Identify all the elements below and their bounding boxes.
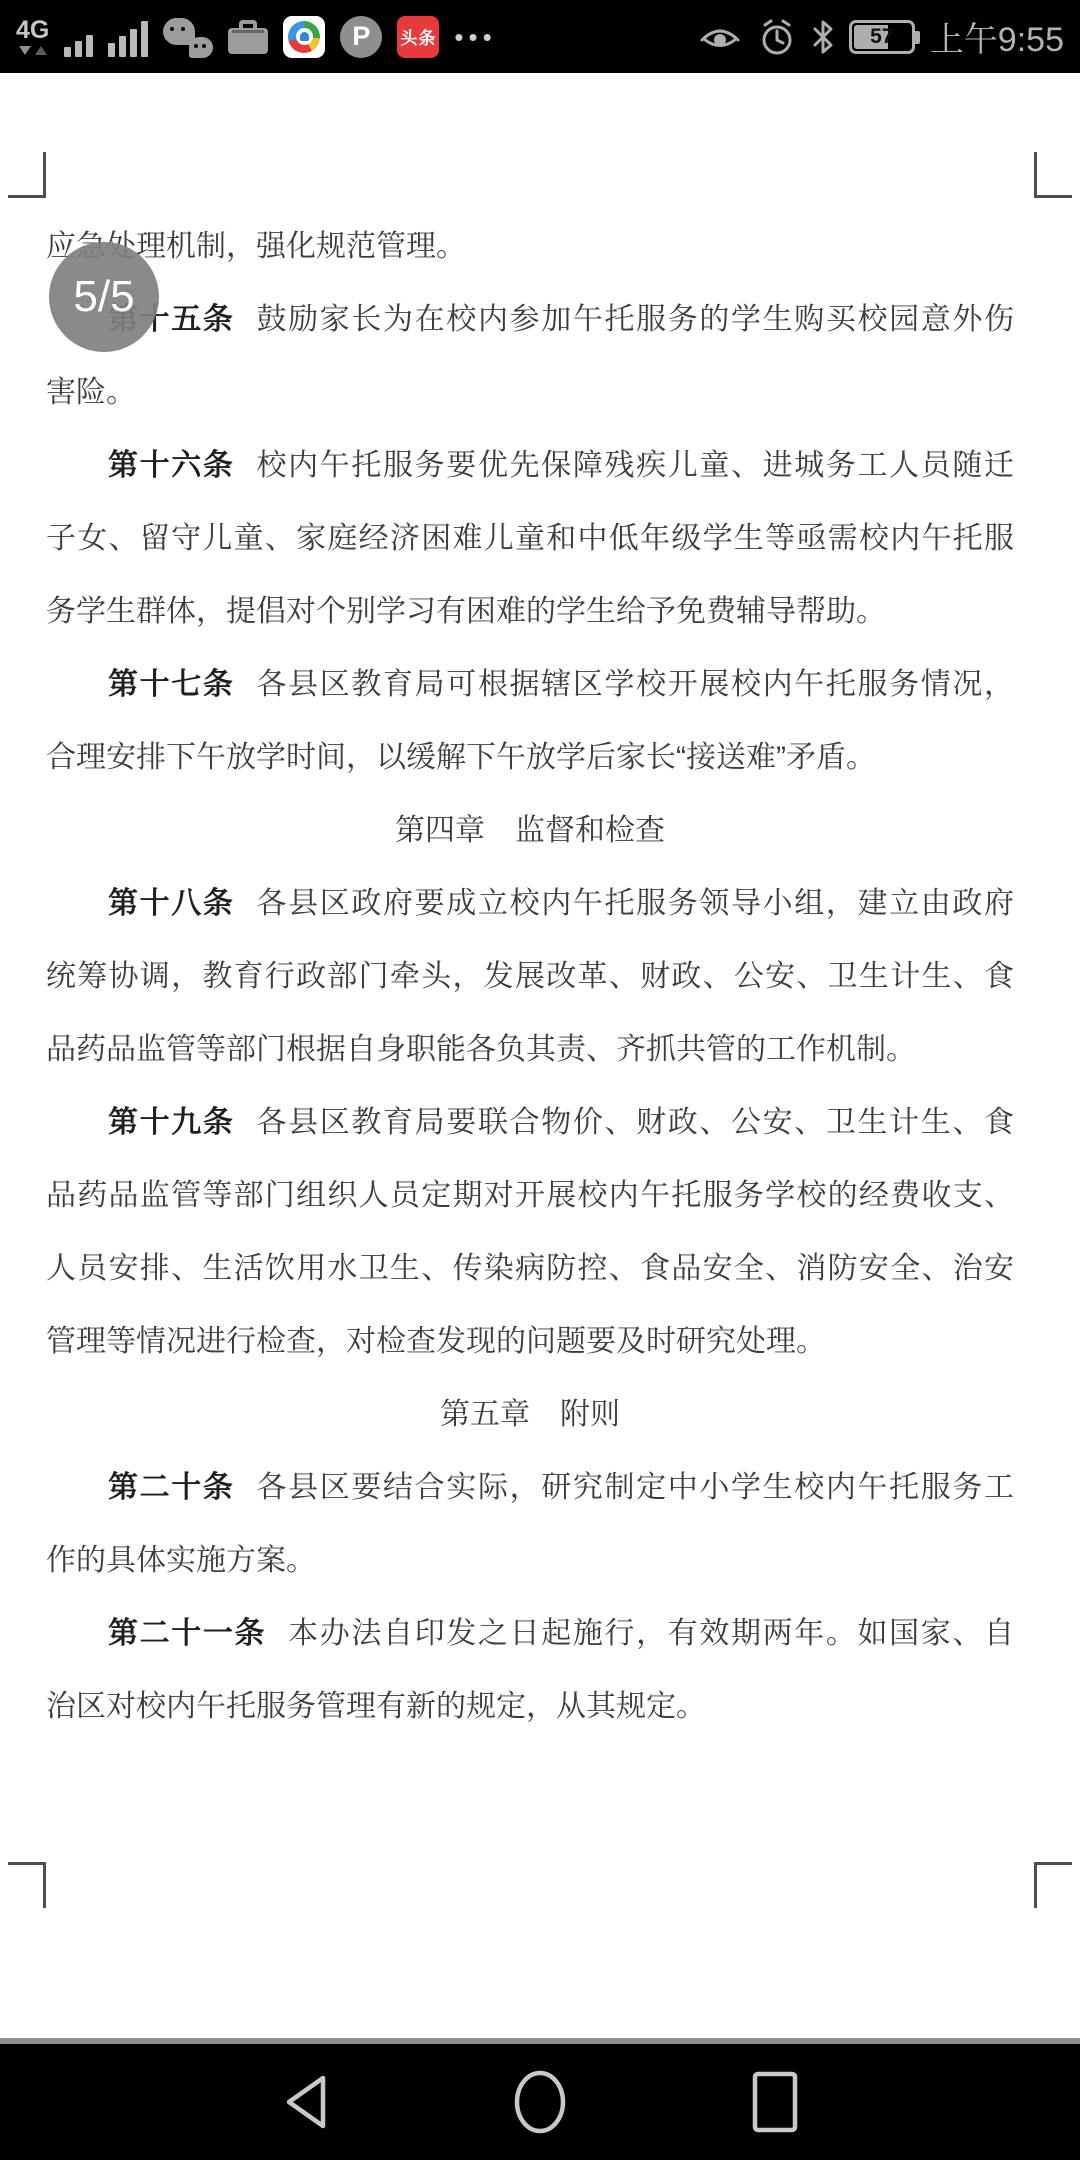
document-line: 第十五条鼓励家长为在校内参加午托服务的学生购买校园意外伤 xyxy=(46,283,1014,356)
page-indicator-badge: 5/5 xyxy=(49,242,159,352)
page-corner-mark-top-left xyxy=(8,152,46,198)
article-number: 第十八条 xyxy=(108,887,235,920)
signal-strength-icon-sim1 xyxy=(64,17,93,57)
article-number: 第十九条 xyxy=(108,1106,235,1139)
document-line: 第十八条各县区政府要成立校内午托服务领导小组，建立由政府 xyxy=(46,867,1014,940)
page-corner-mark-bottom-right xyxy=(1034,1862,1072,1908)
home-circle-icon xyxy=(512,2069,568,2135)
battery-indicator: 57 xyxy=(849,20,915,54)
nav-home-button[interactable] xyxy=(505,2067,575,2137)
clock-label: 上午9:55 xyxy=(930,12,1064,61)
document-line: 品药品监管等部门组织人员定期对开展校内午托服务学校的经费收支、 xyxy=(46,1159,1014,1232)
page-corner-mark-bottom-left xyxy=(8,1862,46,1908)
document-line: 统筹协调，教育行政部门牵头，发展改革、财政、公安、卫生计生、食 xyxy=(46,940,1014,1013)
article-number: 第二十条 xyxy=(108,1471,235,1504)
alarm-clock-icon xyxy=(757,18,797,56)
eye-comfort-icon xyxy=(698,20,742,54)
status-bar-right: 57 上午9:55 xyxy=(698,0,1064,73)
article-number: 第十七条 xyxy=(108,668,235,701)
document-line: 治区对校内午托服务管理有新的规定，从其规定。 xyxy=(46,1670,1014,1743)
article-number: 第十六条 xyxy=(108,449,235,482)
document-line: 害险。 xyxy=(46,356,1014,429)
data-transfer-arrows-icon xyxy=(19,46,47,55)
document-line: 第二十条各县区要结合实际，研究制定中小学生校内午托服务工 xyxy=(46,1451,1014,1524)
document-line: 人员安排、生活饮用水卫生、传染病防控、食品安全、消防安全、治安 xyxy=(46,1232,1014,1305)
document-line: 第二十一条本办法自印发之日起施行，有效期两年。如国家、自 xyxy=(46,1597,1014,1670)
document-line: 子女、留守儿童、家庭经济困难儿童和中低年级学生等亟需校内午托服 xyxy=(46,502,1014,575)
document-line: 第十六条校内午托服务要优先保障残疾儿童、进城务工人员随迁 xyxy=(46,429,1014,502)
battery-level-label: 57 xyxy=(852,25,912,49)
chapter-heading: 第五章 附则 xyxy=(46,1378,1014,1451)
nav-back-button[interactable] xyxy=(270,2067,340,2137)
nav-recents-button[interactable] xyxy=(740,2067,810,2137)
document-body: 应急处理机制，强化规范管理。第十五条鼓励家长为在校内参加午托服务的学生购买校园意… xyxy=(46,210,1014,1743)
page-corner-mark-top-right xyxy=(1034,152,1072,198)
back-triangle-icon xyxy=(279,2071,331,2133)
tencent-news-notification-icon xyxy=(283,16,325,58)
document-line: 作的具体实施方案。 xyxy=(46,1524,1014,1597)
document-line: 第十九条各县区教育局要联合物价、财政、公安、卫生计生、食 xyxy=(46,1086,1014,1159)
document-line: 第十七条各县区教育局可根据辖区学校开展校内午托服务情况， xyxy=(46,648,1014,721)
document-line: 管理等情况进行检查，对检查发现的问题要及时研究处理。 xyxy=(46,1305,1014,1378)
bluetooth-icon xyxy=(812,19,834,55)
more-notifications-icon: ••• xyxy=(454,24,496,50)
p-app-notification-icon: P xyxy=(340,16,382,58)
article-number: 第二十一条 xyxy=(108,1617,266,1650)
wechat-notification-icon xyxy=(163,16,213,58)
network-type-label: 4G xyxy=(16,18,49,43)
status-bar: 4G P 头条 ••• xyxy=(0,0,1080,73)
briefcase-notification-icon xyxy=(228,20,268,54)
document-line: 品药品监管等部门根据自身职能各负其责、齐抓共管的工作机制。 xyxy=(46,1013,1014,1086)
page-indicator-label: 5/5 xyxy=(73,272,134,322)
document-line: 应急处理机制，强化规范管理。 xyxy=(46,210,1014,283)
network-type-indicator: 4G xyxy=(16,18,49,55)
document-line: 务学生群体，提倡对个别学习有困难的学生给予免费辅导帮助。 xyxy=(46,575,1014,648)
signal-strength-icon-sim2 xyxy=(108,17,148,57)
status-bar-left: 4G P 头条 ••• xyxy=(16,0,497,73)
toutiao-notification-icon: 头条 xyxy=(397,16,439,58)
chapter-heading: 第四章 监督和检查 xyxy=(46,794,1014,867)
recents-square-icon xyxy=(749,2069,801,2135)
document-line: 合理安排下午放学时间，以缓解下午放学后家长“接送难”矛盾。 xyxy=(46,721,1014,794)
document-page-view[interactable]: 应急处理机制，强化规范管理。第十五条鼓励家长为在校内参加午托服务的学生购买校园意… xyxy=(0,73,1080,2038)
android-navigation-bar xyxy=(0,2038,1080,2160)
